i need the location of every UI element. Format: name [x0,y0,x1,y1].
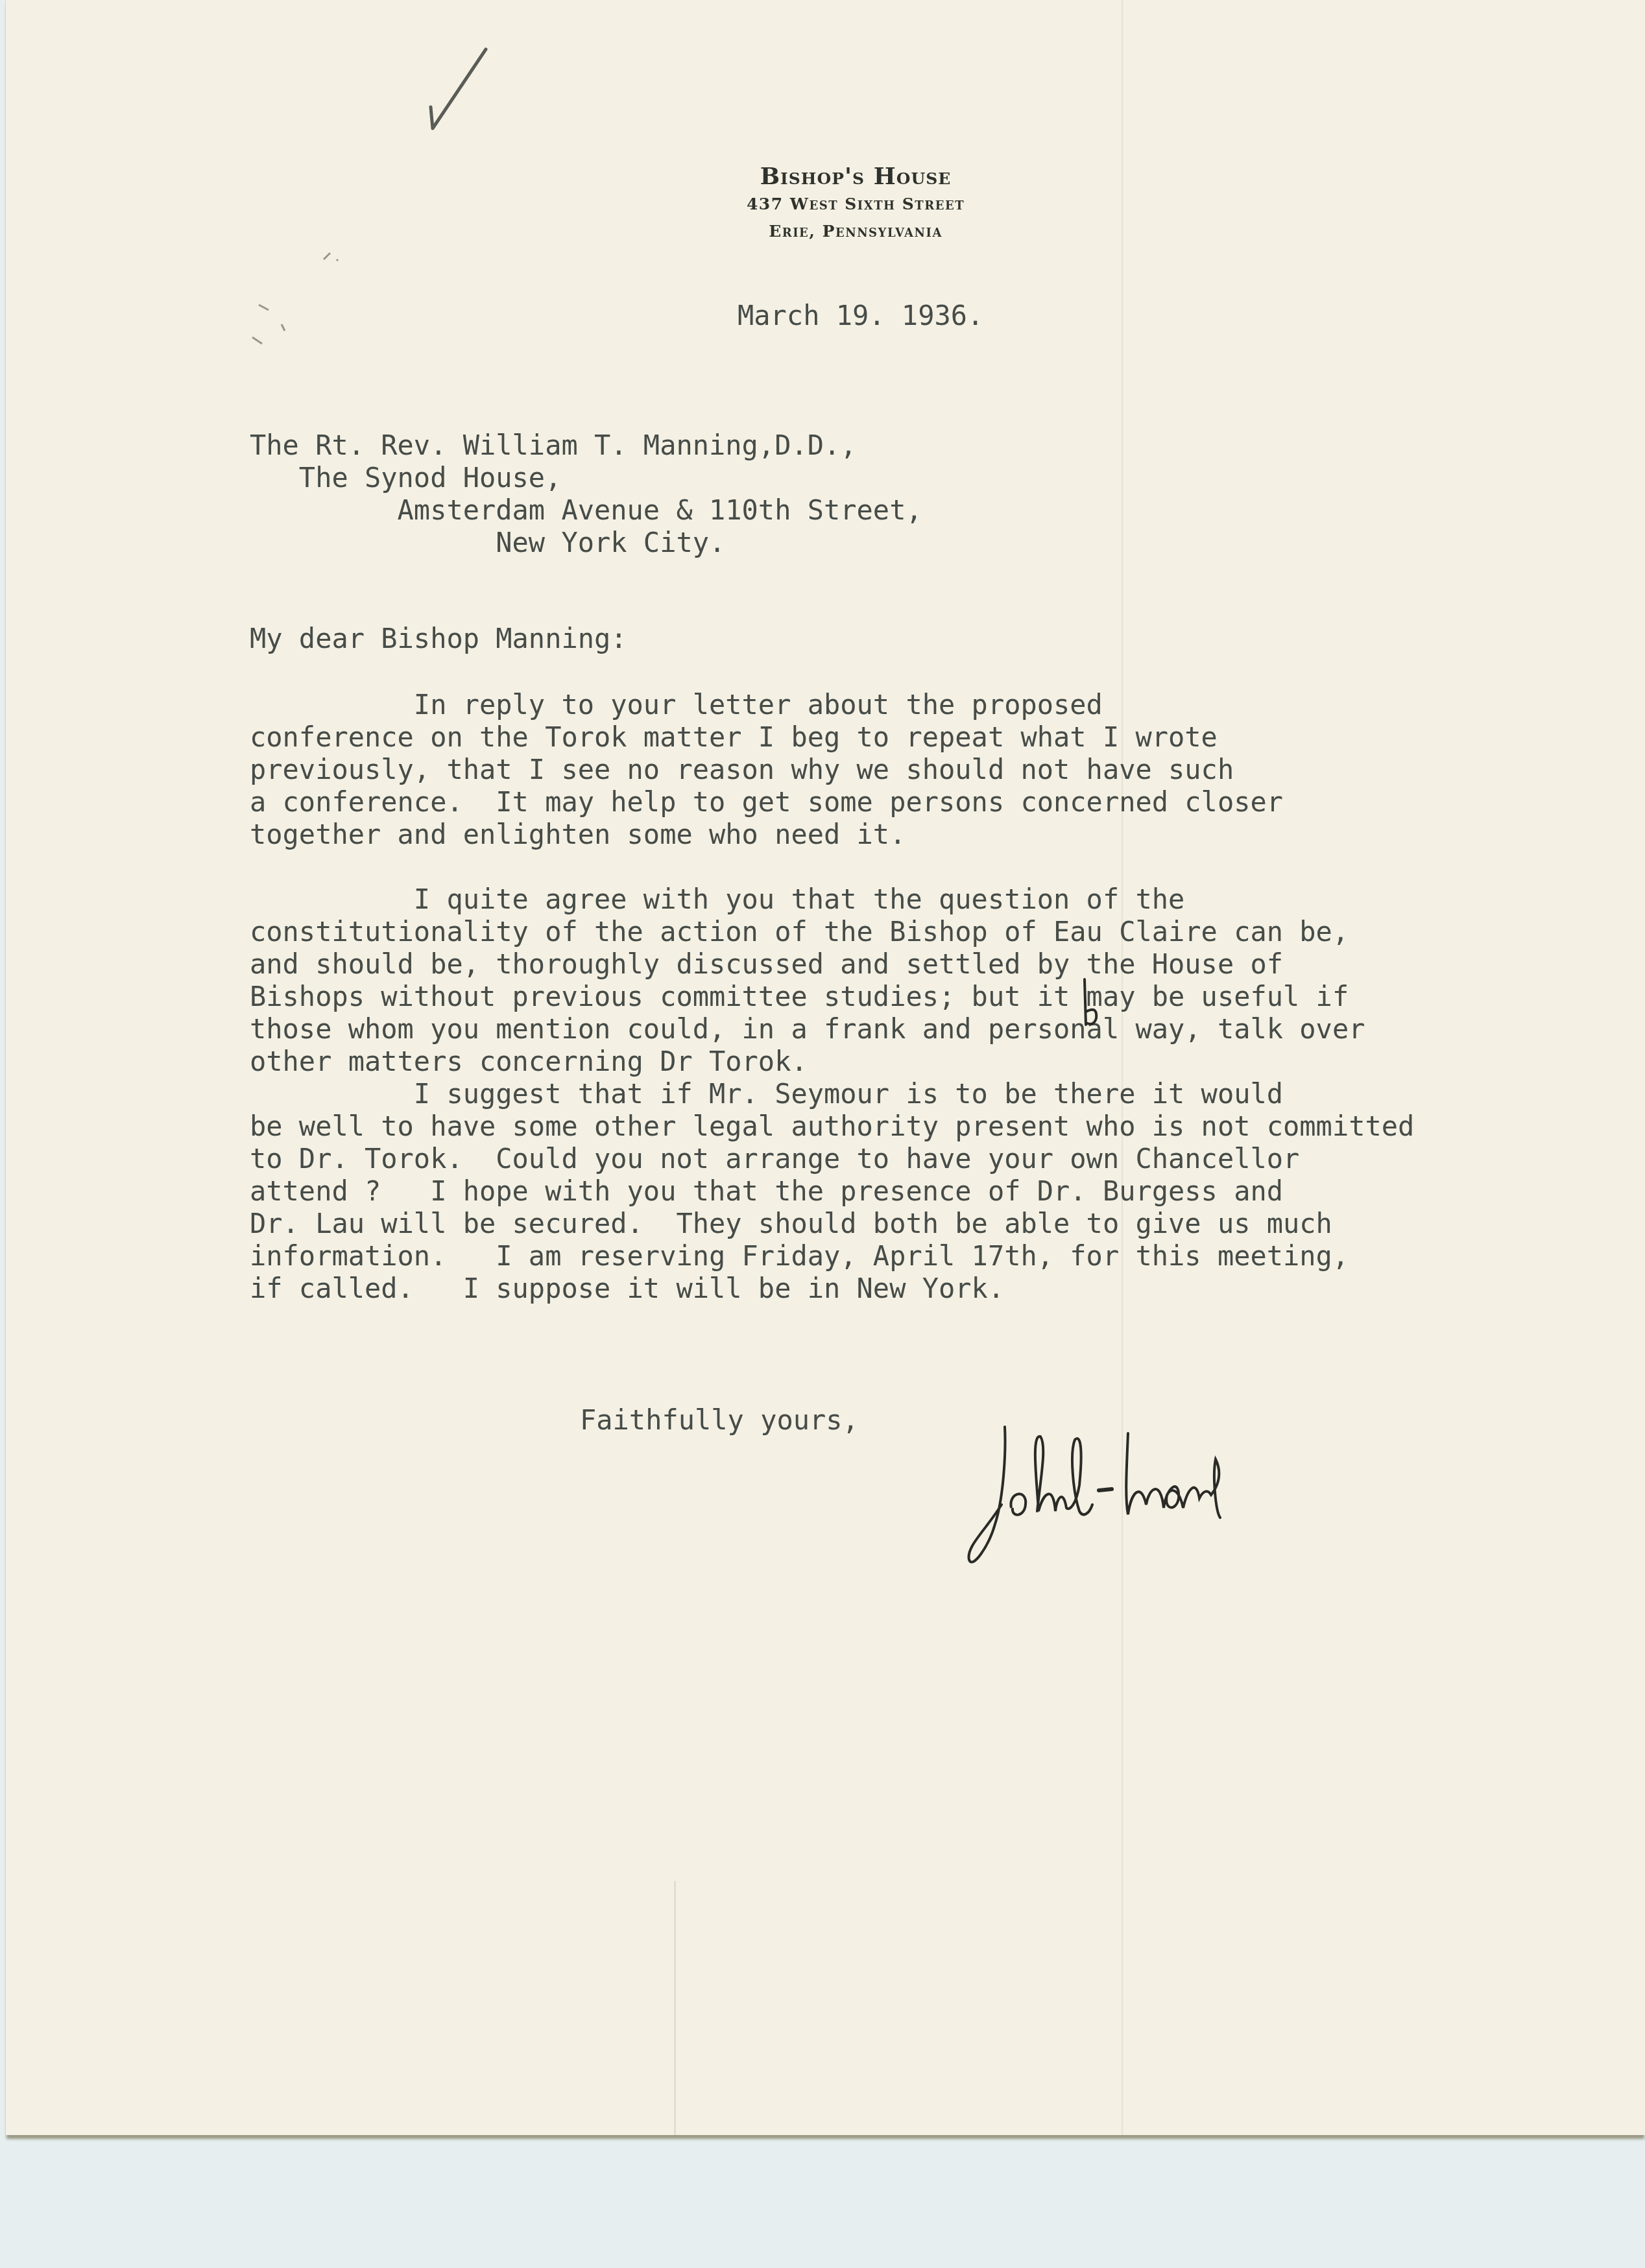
text-line: previously, that I see no reason why we … [250,754,1414,786]
paragraph-1: In reply to your letter about the propos… [250,689,1414,851]
recipient-line-4: New York City. [250,527,922,559]
signature-icon [966,1414,1355,1570]
text-line: together and enlighten some who need it. [250,818,1414,851]
text-line: other matters concerning Dr Torok. [250,1045,1414,1078]
paper-fold-crease-lower [674,1881,676,2135]
text-line: those whom you mention could, in a frank… [250,1013,1414,1045]
letter-body: In reply to your letter about the propos… [250,689,1414,1305]
text-line: I suggest that if Mr. Seymour is to be t… [250,1078,1414,1110]
text-line: Dr. Lau will be secured. They should bot… [250,1208,1414,1240]
text-line: conference on the Torok matter I beg to … [250,721,1414,754]
letterhead-name: Bishop's House [654,162,1057,191]
recipient-line-3: Amsterdam Avenue & 110th Street, [250,494,922,527]
text-line: attend ? I hope with you that the presen… [250,1175,1414,1208]
text-line: and should be, thoroughly discussed and … [250,948,1414,981]
letterhead-street: 437 West Sixth Street [654,191,1057,218]
handwritten-correction-mark [1079,976,1105,1028]
text-line: I quite agree with you that the question… [250,883,1414,916]
paper-crease-marks [220,246,350,363]
letterhead: Bishop's House 437 West Sixth Street Eri… [654,162,1057,245]
paragraph-2: I quite agree with you that the question… [250,883,1414,1078]
recipient-address: The Rt. Rev. William T. Manning,D.D., Th… [250,429,922,559]
paragraph-spacer [250,851,1414,883]
closing: Faithfully yours, [580,1404,859,1437]
text-line: a conference. It may help to get some pe… [250,786,1414,818]
text-line: In reply to your letter about the propos… [250,689,1414,721]
text-line: information. I am reserving Friday, Apri… [250,1240,1414,1272]
text-line: Bishops without previous committee studi… [250,981,1414,1013]
recipient-line-1: The Rt. Rev. William T. Manning,D.D., [250,429,922,462]
text-line: constitutionality of the action of the B… [250,916,1414,948]
check-mark-icon [421,45,492,136]
recipient-line-2: The Synod House, [250,462,922,494]
letter-page: Bishop's House 437 West Sixth Street Eri… [5,0,1645,2135]
text-line: to Dr. Torok. Could you not arrange to h… [250,1143,1414,1175]
salutation: My dear Bishop Manning: [250,623,627,655]
letter-date: March 19. 1936. [738,300,983,332]
text-line: if called. I suppose it will be in New Y… [250,1272,1414,1305]
letterhead-city: Erie, Pennsylvania [654,218,1057,245]
paragraph-3: I suggest that if Mr. Seymour is to be t… [250,1078,1414,1305]
text-line: be well to have some other legal authori… [250,1110,1414,1143]
